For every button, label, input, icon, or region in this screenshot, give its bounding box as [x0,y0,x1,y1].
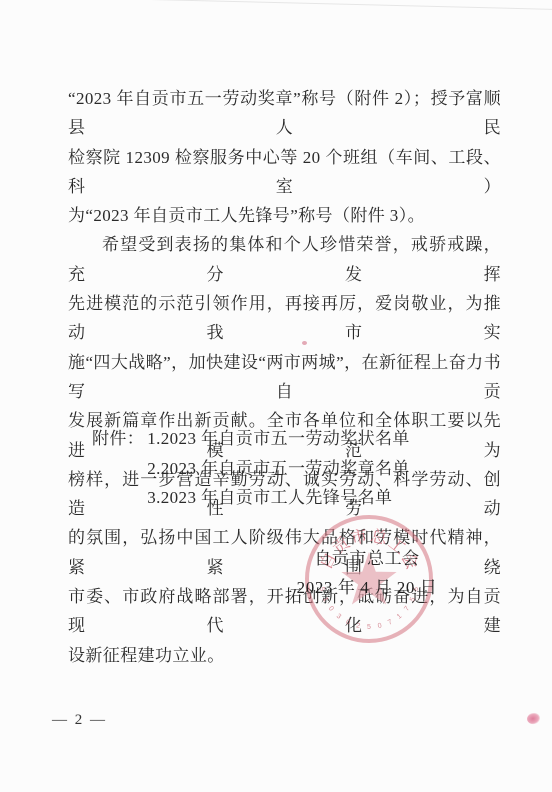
seal-serial-digit: 1 [396,613,404,621]
page-number: — 2 — [52,712,107,729]
document-page: “2023 年自贡市五一劳动奖章”称号（附件 2）；授予富顺县人民 检察院 12… [0,0,552,792]
attachment-item: 1.2023 年自贡市五一劳动奖状名单 [147,424,410,454]
attachments-block: 附件： 1.2023 年自贡市五一劳动奖状名单 2.2023 年自贡市五一劳动奖… [92,424,410,513]
body-line: “2023 年自贡市五一劳动奖章”称号（附件 2）；授予富顺县人民 [68,84,501,143]
body-line: 先进模范的示范引领作用，再接再厉，爱岗敬业，为推动我市实 [68,289,501,348]
attachments-label: 附件： [92,424,144,513]
seal-serial-digit: 0 [377,622,382,630]
body-line: 施“四大战略”，加快建设“两市两城”，在新征程上奋力书写自贡 [68,348,501,407]
signature-org: 自贡市总工会 [281,544,453,573]
body-line: 为“2023 年自贡市工人先锋号”称号（附件 3）。 [68,201,501,230]
ink-speck-artifact [302,341,307,345]
ink-speck-artifact [526,712,541,726]
seal-serial-digit: 3 [335,613,343,621]
scan-artifact-line [150,0,552,10]
seal-serial-digit: 2 [355,622,360,630]
attachment-item: 3.2023 年自贡市工人先锋号名单 [147,483,410,513]
attachment-item: 2.2023 年自贡市五一劳动奖章名单 [147,454,410,484]
body-line: 检察院 12309 检察服务中心等 20 个班组（车间、工段、科室） [68,143,501,202]
body-line: 希望受到表扬的集体和个人珍惜荣誉，戒骄戒躁，充分发挥 [68,230,501,289]
signature-date: 2023 年 4 月 20 日 [281,573,453,602]
signature-block: 自贡市总工会 2023 年 4 月 20 日 [281,544,453,602]
seal-serial-digit: 0 [327,605,335,612]
seal-serial-digit: 0 [344,619,351,627]
seal-serial-digit: 7 [387,619,394,627]
seal-serial-digit: 7 [403,605,411,612]
body-line: 设新征程建功立业。 [68,641,501,670]
seal-serial-digit: 5 [367,624,371,631]
attachments-list: 1.2023 年自贡市五一劳动奖状名单 2.2023 年自贡市五一劳动奖章名单 … [147,424,410,513]
